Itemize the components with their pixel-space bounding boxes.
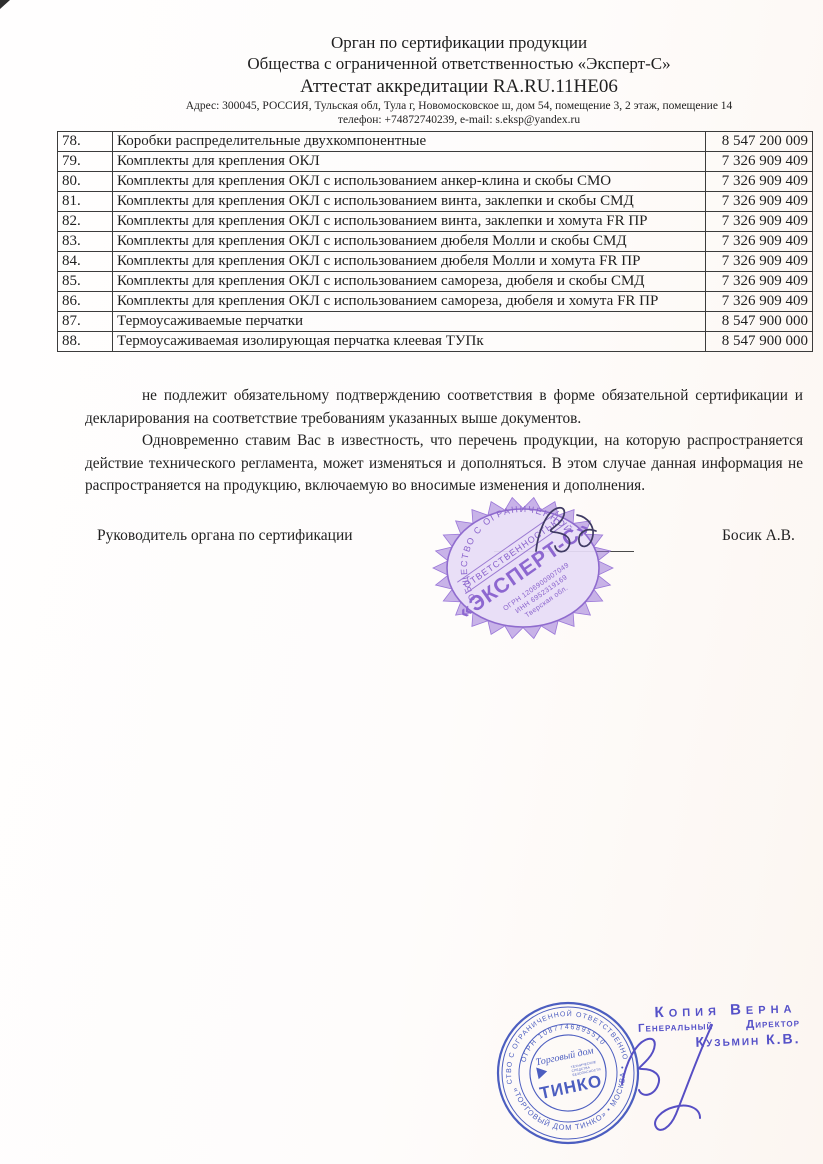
table-row: 82.Комплекты для крепления ОКЛ с использ…	[58, 212, 813, 232]
table-row: 86.Комплекты для крепления ОКЛ с использ…	[58, 292, 813, 312]
row-number: 78.	[58, 132, 113, 152]
product-name: Комплекты для крепления ОКЛ с использова…	[113, 212, 706, 232]
product-name: Комплекты для крепления ОКЛ с использова…	[113, 272, 706, 292]
product-name: Комплекты для крепления ОКЛ с использова…	[113, 252, 706, 272]
kuzmin-signature	[612, 1022, 732, 1137]
paragraph-2: Одновременно ставим Вас в известность, ч…	[85, 430, 803, 498]
address-line: Адрес: 300045, РОССИЯ, Тульская обл, Тул…	[96, 99, 822, 113]
table-row: 78.Коробки распределительные двухкомпоне…	[58, 132, 813, 152]
row-number: 83.	[58, 232, 113, 252]
product-name: Комплекты для крепления ОКЛ	[113, 152, 706, 172]
tinko-arc-top: ОБЩЕСТВО С ОГРАНИЧЕННОЙ ОТВЕТСТВЕННОСТЬЮ	[494, 999, 629, 1088]
body-text: не подлежит обязательному подтверждению …	[85, 385, 803, 498]
contact-line: телефон: +74872740239, e-mail: s.eksp@ya…	[96, 113, 822, 127]
tinko-logo: ТИНКО	[538, 1071, 604, 1103]
row-number: 87.	[58, 312, 113, 332]
product-code: 7 326 909 409	[706, 252, 813, 272]
row-number: 80.	[58, 172, 113, 192]
row-number: 84.	[58, 252, 113, 272]
table-row: 79.Комплекты для крепления ОКЛ7 326 909 …	[58, 152, 813, 172]
paragraph-1: не подлежит обязательному подтверждению …	[85, 385, 803, 430]
cert-body-title: Орган по сертификации продукции	[96, 32, 822, 53]
table-row: 88.Термоусаживаемая изолирующая перчатка…	[58, 332, 813, 352]
table-row: 81.Комплекты для крепления ОКЛ с использ…	[58, 192, 813, 212]
table-row: 80.Комплекты для крепления ОКЛ с использ…	[58, 172, 813, 192]
table-row: 84.Комплекты для крепления ОКЛ с использ…	[58, 252, 813, 272]
product-code: 7 326 909 409	[706, 172, 813, 192]
accreditation-number: Аттестат аккредитации RA.RU.11НЕ06	[96, 75, 822, 99]
product-code: 8 547 200 009	[706, 132, 813, 152]
cert-body-company: Общества с ограниченной ответственностью…	[96, 53, 822, 74]
product-name: Термоусаживаемые перчатки	[113, 312, 706, 332]
scan-artifact	[0, 0, 10, 9]
table-row: 85.Комплекты для крепления ОКЛ с использ…	[58, 272, 813, 292]
row-number: 86.	[58, 292, 113, 312]
product-code: 8 547 900 000	[706, 332, 813, 352]
product-name: Комплекты для крепления ОКЛ с использова…	[113, 172, 706, 192]
product-code: 7 326 909 409	[706, 152, 813, 172]
product-name: Комплекты для крепления ОКЛ с использова…	[113, 292, 706, 312]
product-table: 78.Коробки распределительные двухкомпоне…	[57, 131, 813, 352]
bosik-signature	[522, 503, 612, 558]
row-number: 81.	[58, 192, 113, 212]
row-number: 79.	[58, 152, 113, 172]
product-code: 7 326 909 409	[706, 212, 813, 232]
director-label: Директор	[746, 1017, 800, 1031]
document-page: Орган по сертификации продукции Общества…	[0, 0, 823, 1164]
row-number: 82.	[58, 212, 113, 232]
product-code: 7 326 909 409	[706, 272, 813, 292]
row-number: 85.	[58, 272, 113, 292]
product-name: Термоусаживаемая изолирующая перчатка кл…	[113, 332, 706, 352]
product-code: 7 326 909 409	[706, 292, 813, 312]
product-name: Коробки распределительные двухкомпонентн…	[113, 132, 706, 152]
product-name: Комплекты для крепления ОКЛ с использова…	[113, 232, 706, 252]
product-code: 7 326 909 409	[706, 192, 813, 212]
table-row: 87.Термоусаживаемые перчатки8 547 900 00…	[58, 312, 813, 332]
product-code: 7 326 909 409	[706, 232, 813, 252]
signer-role: Руководитель органа по сертификации	[97, 527, 353, 545]
product-name: Комплекты для крепления ОКЛ с использова…	[113, 192, 706, 212]
document-header: Орган по сертификации продукции Общества…	[96, 32, 822, 127]
row-number: 88.	[58, 332, 113, 352]
product-code: 8 547 900 000	[706, 312, 813, 332]
signer-name: Босик А.В.	[722, 527, 795, 545]
table-row: 83.Комплекты для крепления ОКЛ с использ…	[58, 232, 813, 252]
